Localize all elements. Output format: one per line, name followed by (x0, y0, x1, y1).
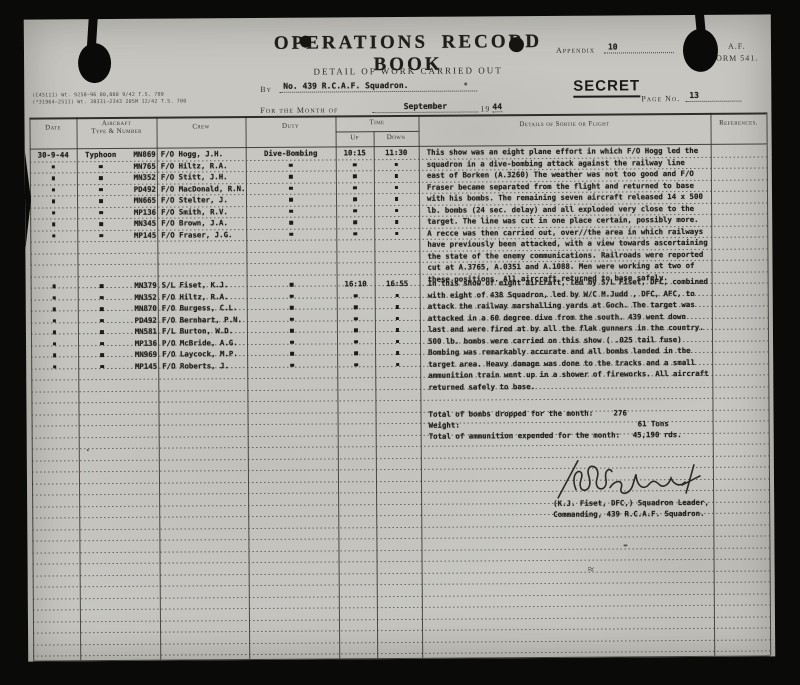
cell-date (31, 349, 78, 361)
dust-speck (464, 83, 467, 86)
cell-crew: F/O Burgess, C.L. (162, 302, 247, 314)
cell-time-down (375, 312, 420, 324)
ditto-mark (396, 363, 400, 367)
ditto-mark (396, 328, 400, 332)
cell-aircraft-serial: MN665 (125, 195, 156, 207)
ditto-mark (354, 317, 358, 321)
ditto-mark (353, 175, 357, 179)
cell-aircraft-serial: MN581 (126, 326, 157, 338)
ditto-mark (353, 221, 357, 225)
ditto-mark (99, 222, 103, 226)
sortie-group: 30-9-44TyphoonMN869F/O Hogg, J.H.Dive-Bo… (24, 14, 771, 19)
paper-page: (C45111) Wt. 9258—96 80,000 9/42 T.S. 70… (24, 14, 775, 661)
rule-line (32, 547, 769, 553)
cell-aircraft-serial: MN869 (125, 149, 156, 161)
cell-aircraft-type (78, 280, 126, 292)
ink-blot-large (509, 37, 524, 52)
ditto-mark (99, 165, 103, 169)
ditto-mark (290, 340, 294, 344)
cell-time-down (374, 170, 419, 182)
cell-aircraft-serial: MP136 (126, 337, 157, 349)
table-row: MP136F/O Smith, R.V. (24, 14, 771, 19)
cell-duty (246, 159, 336, 171)
cell-date (31, 303, 78, 315)
ditto-mark (99, 211, 103, 215)
ditto-mark (290, 329, 294, 333)
ditto-mark (99, 199, 103, 203)
cell-crew: F/O Fraser, J.G. (161, 229, 246, 241)
rule-line (33, 604, 770, 610)
summary-label: Total of bombs dropped for the month: (429, 409, 594, 419)
ditto-mark (395, 174, 399, 178)
cell-date (31, 361, 78, 373)
cell-aircraft-type (78, 349, 126, 361)
table-bottom-border (33, 655, 770, 661)
rule-line (33, 616, 770, 622)
cell-date (31, 326, 78, 338)
cell-duty (247, 290, 337, 302)
cell-date (30, 184, 77, 196)
summary-value: 276 (613, 408, 626, 417)
cell-time-down (375, 289, 420, 301)
ditto-mark (290, 283, 294, 287)
cell-date (30, 161, 77, 173)
cell-time-up (336, 182, 374, 194)
ditto-mark (53, 331, 57, 335)
cell-aircraft-serial: MN870 (126, 303, 157, 315)
cell-aircraft-type (77, 183, 125, 195)
cell-time-up (337, 301, 375, 313)
table-row: MP145F/O Roberts, J. (24, 14, 771, 19)
cell-time-down: 16:55 (375, 278, 420, 290)
ditto-mark (353, 186, 357, 190)
rule-line (33, 593, 770, 599)
rule-line (33, 627, 770, 633)
rule-line (32, 443, 769, 449)
ditto-mark (396, 351, 400, 355)
ditto-mark (396, 305, 400, 309)
cell-aircraft-type (78, 326, 126, 338)
ditto-mark (396, 340, 400, 344)
table-row: MP136P/O McBride, A.G. (24, 14, 771, 19)
ditto-mark (354, 329, 358, 333)
cell-aircraft-serial: MN765 (125, 160, 156, 172)
cell-duty (246, 216, 336, 228)
punch-hole-right-stem (695, 9, 707, 38)
cell-crew: F/O Laycock, M.P. (162, 348, 247, 360)
table-row: MN352F/O Stitt, J.H. (24, 14, 771, 19)
ditto-mark (100, 330, 104, 334)
ditto-mark (100, 365, 104, 369)
cell-crew: F/O Hiltz, R.A. (161, 160, 246, 172)
ditto-mark (100, 342, 104, 346)
cell-aircraft-type (78, 303, 126, 315)
cell-time-up (336, 205, 374, 217)
ditto-mark (395, 294, 399, 298)
ditto-mark (100, 296, 104, 300)
table-row: 30-9-44TyphoonMN869F/O Hogg, J.H.Dive-Bo… (24, 14, 771, 19)
cell-duty (246, 228, 336, 240)
table-row: MN765F/O Hiltz, R.A. (24, 14, 771, 19)
ditto-mark (290, 306, 294, 310)
cell-aircraft-type (77, 195, 125, 207)
ditto-mark (289, 198, 293, 202)
column-line (710, 113, 715, 656)
cell-crew: F/O Stitt, J.H. (161, 171, 246, 183)
cell-aircraft-serial: PD492 (126, 314, 157, 326)
cell-aircraft-type (78, 360, 126, 372)
table-row: MN665F/O Stelter, J. (24, 14, 771, 19)
cell-time-up (336, 193, 374, 205)
ditto-mark (52, 234, 56, 238)
cell-time-down: 11:30 (374, 147, 419, 159)
ditto-mark (353, 163, 357, 167)
ditto-mark (290, 317, 294, 321)
ditto-mark (354, 232, 358, 236)
ditto-mark (52, 165, 56, 169)
summary-label: Weight: (429, 421, 460, 430)
rule-line (33, 558, 770, 564)
cell-aircraft-type (77, 206, 125, 218)
ditto-mark (289, 186, 293, 190)
ditto-mark (395, 163, 399, 167)
cell-duty: Dive-Bombing (246, 147, 336, 159)
cell-time-down (375, 324, 420, 336)
cell-time-up (337, 313, 375, 325)
rule-line (33, 639, 770, 645)
table-row: MN345F/O Brown, J.A. (24, 14, 771, 19)
table-top-border (29, 112, 766, 119)
cell-duty (247, 347, 337, 359)
ditto-mark (52, 223, 56, 227)
ditto-mark (53, 354, 57, 358)
ditto-mark (290, 294, 294, 298)
cell-time-up (336, 216, 374, 228)
ditto-mark (53, 365, 57, 369)
cell-crew: F/L Burton, W.D. (162, 325, 247, 337)
cell-time-up (337, 336, 375, 348)
cell-time-down (375, 358, 420, 370)
cell-duty (247, 324, 337, 336)
summary-value: 61 Tons (638, 419, 669, 428)
cell-aircraft-type (77, 229, 125, 241)
rule-line (32, 524, 769, 530)
ditto-mark (99, 176, 103, 180)
ditto-mark (53, 342, 57, 346)
cell-date (30, 207, 77, 219)
ditto-mark (100, 353, 104, 357)
ditto-mark (52, 177, 56, 181)
ditto-mark (396, 317, 400, 321)
cell-time-down (375, 301, 420, 313)
cell-aircraft-serial: MN345 (125, 218, 156, 230)
cell-aircraft-type (77, 218, 125, 230)
cell-time-down (375, 347, 420, 359)
cell-crew: F/O Roberts, J. (162, 360, 247, 372)
table-row: MP145F/O Fraser, J.G. (24, 14, 771, 19)
cell-aircraft-serial: MN352 (126, 291, 157, 303)
cell-duty (246, 205, 336, 217)
ditto-mark (100, 284, 104, 288)
ditto-mark (354, 340, 358, 344)
ditto-mark (354, 294, 358, 298)
cell-date (30, 218, 77, 230)
ditto-mark (52, 211, 56, 215)
cell-aircraft-type (77, 160, 125, 172)
cell-time-up: 10:15 (336, 147, 374, 159)
cell-aircraft-serial: MN379 (126, 280, 157, 292)
cell-time-up: 16:10 (337, 278, 375, 290)
cell-crew: P/O McBride, A.G. (162, 337, 247, 349)
table-row: MN870F/O Burgess, C.L. (24, 14, 771, 19)
cell-crew: F/O Hogg, J.H. (161, 148, 246, 160)
column-line (418, 115, 423, 658)
scanned-document: (C45111) Wt. 9258—96 80,000 9/42 T.S. 70… (0, 0, 800, 685)
cell-time-down (374, 181, 419, 193)
table-body: 30-9-44TyphoonMN869F/O Hogg, J.H.Dive-Bo… (24, 14, 775, 661)
ditto-mark (290, 232, 294, 236)
cell-date (30, 230, 77, 242)
cell-crew: F/O Stelter, J. (161, 194, 246, 206)
cell-crew: F/O MacDonald, R.N. (161, 183, 246, 195)
cell-duty (247, 278, 337, 290)
cell-crew: F/O Bernhart, P.N. (162, 314, 247, 326)
signature-title-line: Commanding, 439 R.C.A.F. Squadron. (553, 509, 704, 519)
ditto-mark (52, 296, 56, 300)
ditto-mark (289, 163, 293, 167)
cell-crew: F/O Brown, J.A. (161, 217, 246, 229)
table-row: MN969F/O Laycock, M.P. (24, 14, 771, 19)
cell-aircraft-serial: PD492 (125, 183, 156, 195)
ditto-mark (100, 234, 104, 238)
ditto-mark (53, 319, 57, 323)
cell-aircraft-type (78, 337, 126, 349)
ditto-mark (395, 186, 399, 190)
cell-date (31, 338, 78, 350)
rule-line (32, 409, 769, 415)
ditto-mark (52, 200, 56, 204)
rule-line (32, 535, 769, 541)
cell-aircraft-type (78, 291, 126, 303)
cell-duty (247, 359, 337, 371)
ditto-mark (395, 197, 399, 201)
ditto-mark (99, 188, 103, 192)
rule-line (31, 397, 768, 403)
ditto-mark (354, 306, 358, 310)
ditto-mark (52, 285, 56, 289)
ditto-mark (290, 352, 294, 356)
cell-time-up (337, 359, 375, 371)
ditto-mark (395, 232, 399, 236)
cell-time-up (337, 347, 375, 359)
cell-date (30, 172, 77, 184)
column-line (766, 112, 771, 655)
cell-time-up (337, 290, 375, 302)
signature-name-line: (K.J. Fiset, DFC,) Squadron Leader, (553, 498, 709, 508)
cell-aircraft-type: Typhoon (77, 149, 125, 161)
cell-aircraft-serial: MP136 (125, 206, 156, 218)
cell-time-down (375, 335, 420, 347)
details-line: returned safely to base. (428, 379, 710, 392)
cell-duty (247, 313, 337, 325)
cell-duty (247, 336, 337, 348)
table-row: MN379S/L Fiset, K.J.16:1016:55 (24, 14, 771, 19)
cell-time-down (374, 204, 419, 216)
cell-crew: F/O Hiltz, R.A. (162, 291, 247, 303)
cell-time-up (336, 170, 374, 182)
cell-aircraft-serial: MP145 (126, 360, 157, 372)
ditto-mark (353, 198, 357, 202)
ditto-mark (100, 307, 104, 311)
ditto-mark (395, 209, 399, 213)
ink-blot-small (300, 36, 311, 48)
summary-value: 45,190 rds. (633, 430, 682, 439)
ditto-mark (289, 175, 293, 179)
cell-aircraft-serial: MN969 (126, 349, 157, 361)
rule-line (33, 570, 770, 576)
cell-duty (246, 170, 336, 182)
cell-duty (246, 193, 336, 205)
table-row: MN581F/L Burton, W.D. (24, 14, 771, 19)
ditto-mark (290, 363, 294, 367)
cell-time-up (336, 228, 374, 240)
cell-aircraft-serial: MP145 (125, 229, 156, 241)
ditto-mark (354, 352, 358, 356)
dust-speck (623, 544, 627, 546)
ditto-mark (354, 363, 358, 367)
cell-crew: F/O Smith, R.V. (161, 206, 246, 218)
cell-duty (247, 301, 337, 313)
cell-date (30, 195, 77, 207)
ditto-mark (289, 221, 293, 225)
cell-time-up (336, 159, 374, 171)
cell-date (31, 280, 78, 292)
cell-time-down (374, 158, 419, 170)
ditto-mark (53, 308, 57, 312)
cell-aircraft-serial: MN352 (125, 172, 156, 184)
ditto-mark (52, 188, 56, 192)
dust-speck (87, 449, 89, 451)
rule-line (33, 581, 770, 587)
ditto-mark (289, 209, 293, 213)
summary-label: Total of ammunition expended for the mon… (429, 430, 620, 440)
cell-time-down (374, 193, 419, 205)
cell-time-down (374, 216, 419, 228)
cell-time-up (337, 324, 375, 336)
table-row: MN352F/O Hiltz, R.A. (24, 14, 771, 19)
table-row: PD492F/O MacDonald, R.N. (24, 14, 771, 19)
ditto-mark (353, 209, 357, 213)
cell-date: 30-9-44 (30, 149, 77, 161)
cell-aircraft-type (77, 172, 125, 184)
time-subheader-border (336, 131, 419, 133)
signature-script (552, 457, 712, 502)
ditto-mark (395, 220, 399, 224)
sortie-group: MN379S/L Fiset, K.J.16:1016:55MN352F/O H… (24, 14, 771, 19)
cell-duty (246, 182, 336, 194)
ditto-mark (100, 319, 104, 323)
cell-aircraft-type (78, 314, 126, 326)
cell-date (31, 292, 78, 304)
cell-date (31, 315, 78, 327)
cell-crew: S/L Fiset, K.J. (162, 279, 247, 291)
table-row: PD492F/O Bernhart, P.N. (24, 14, 771, 19)
cell-time-down (374, 227, 419, 239)
